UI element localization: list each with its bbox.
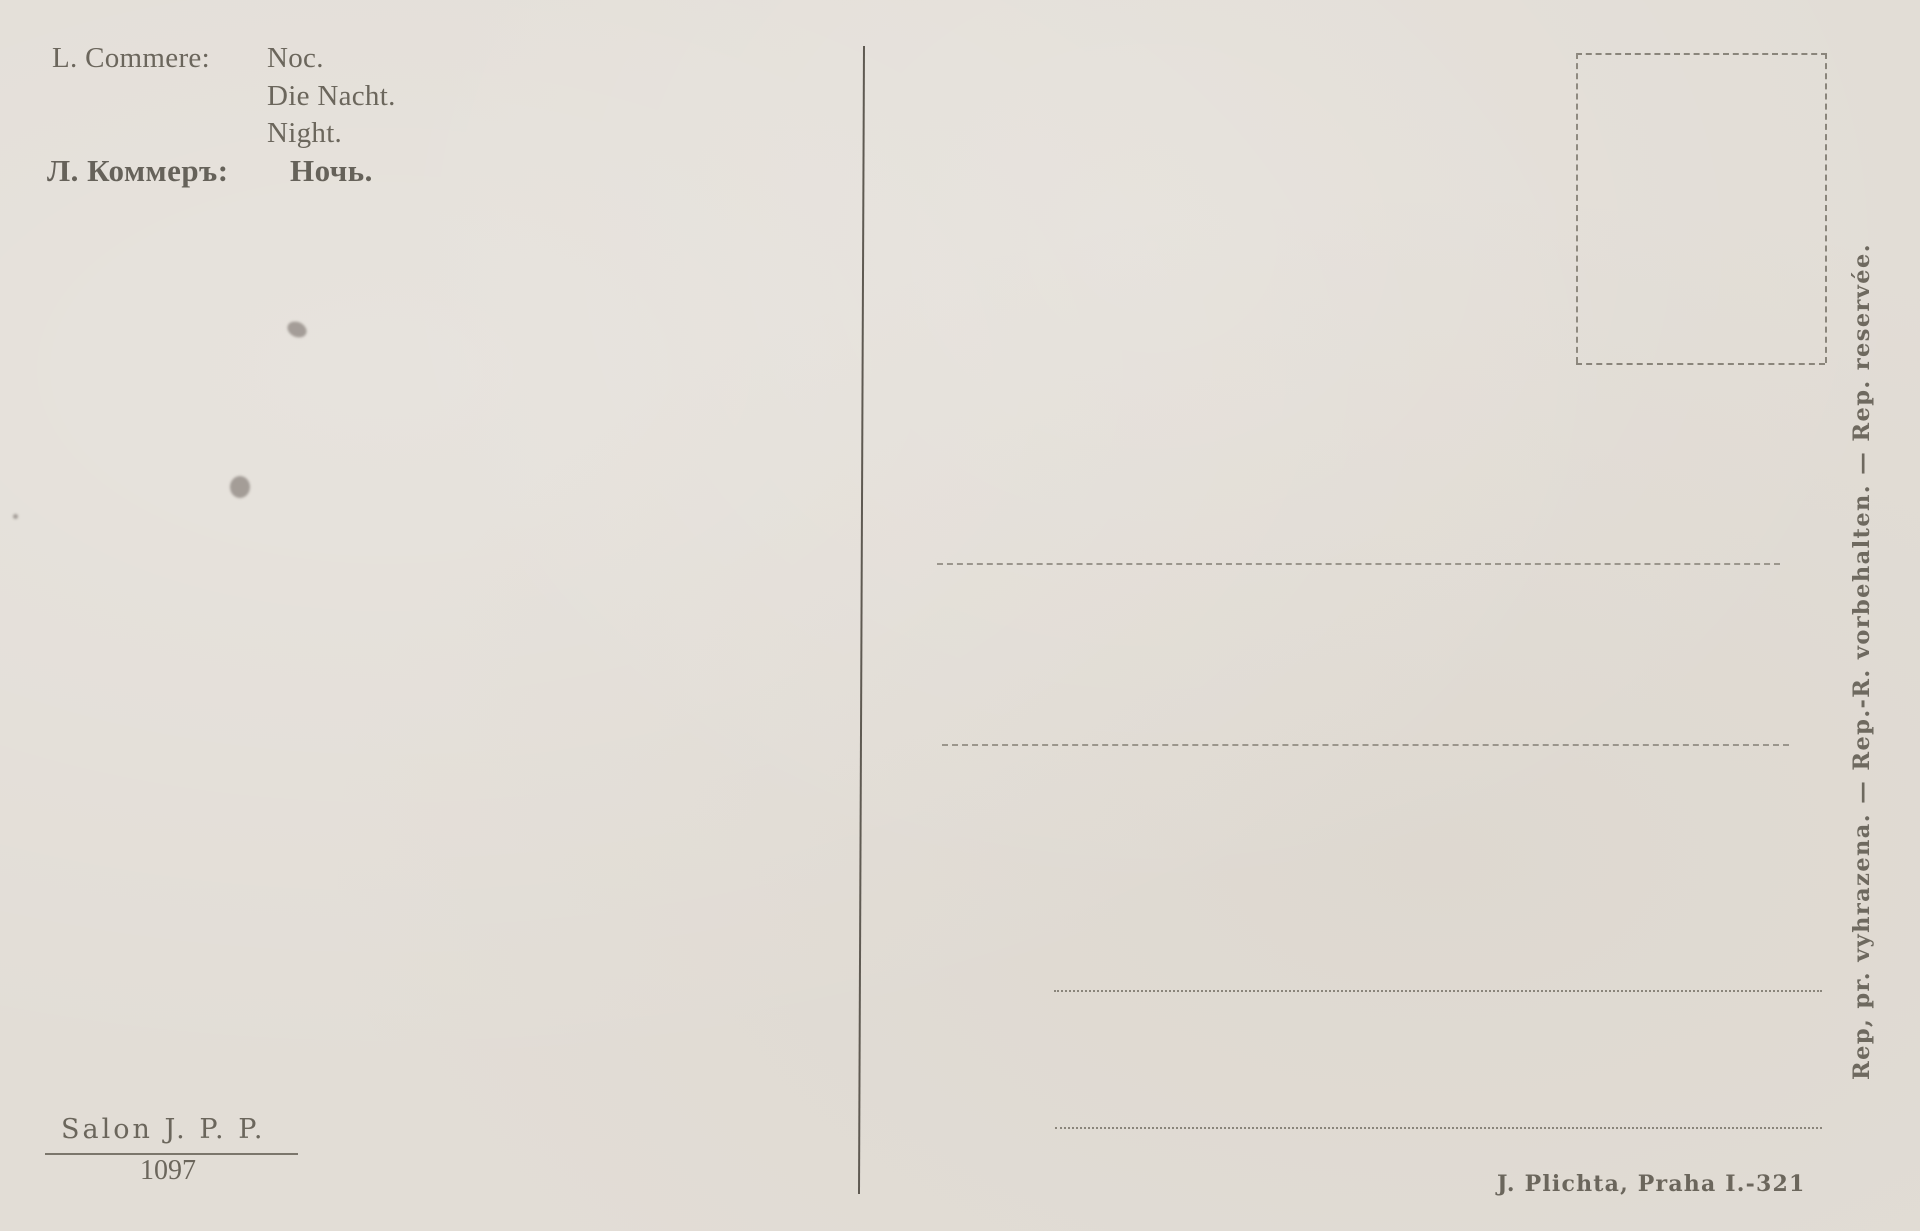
stamp-box-bottom (1576, 363, 1825, 365)
address-line-3 (1054, 990, 1822, 992)
rights-notice: Rep, pr. vyhrazena. — Rep.-R. vorbehalte… (1849, 243, 1875, 1080)
title-german: Die Nacht. (267, 82, 396, 111)
publisher-imprint: J. Plichta, Praha I.-321 (1497, 1173, 1806, 1195)
title-czech: Noc. (267, 44, 324, 73)
postcard-back: L. Commere: Noc. Die Nacht. Night. Л. Ко… (0, 0, 1920, 1231)
series-number: 1097 (140, 1157, 196, 1185)
artist-latin: L. Commere: (52, 44, 210, 73)
paper-spot (285, 318, 309, 340)
address-line-4 (1055, 1127, 1822, 1129)
paper-spot (230, 476, 250, 498)
stamp-box (1576, 53, 1827, 363)
title-cyrillic: Ночь. (290, 155, 373, 186)
address-line-1 (937, 563, 1780, 565)
artist-cyrillic: Л. Коммеръ: (47, 155, 229, 186)
address-line-2 (942, 744, 1789, 746)
paper-speck (13, 514, 18, 519)
salon-label: Salon J. P. P. (61, 1116, 266, 1143)
title-english: Night. (267, 119, 342, 148)
center-divider (858, 46, 865, 1194)
